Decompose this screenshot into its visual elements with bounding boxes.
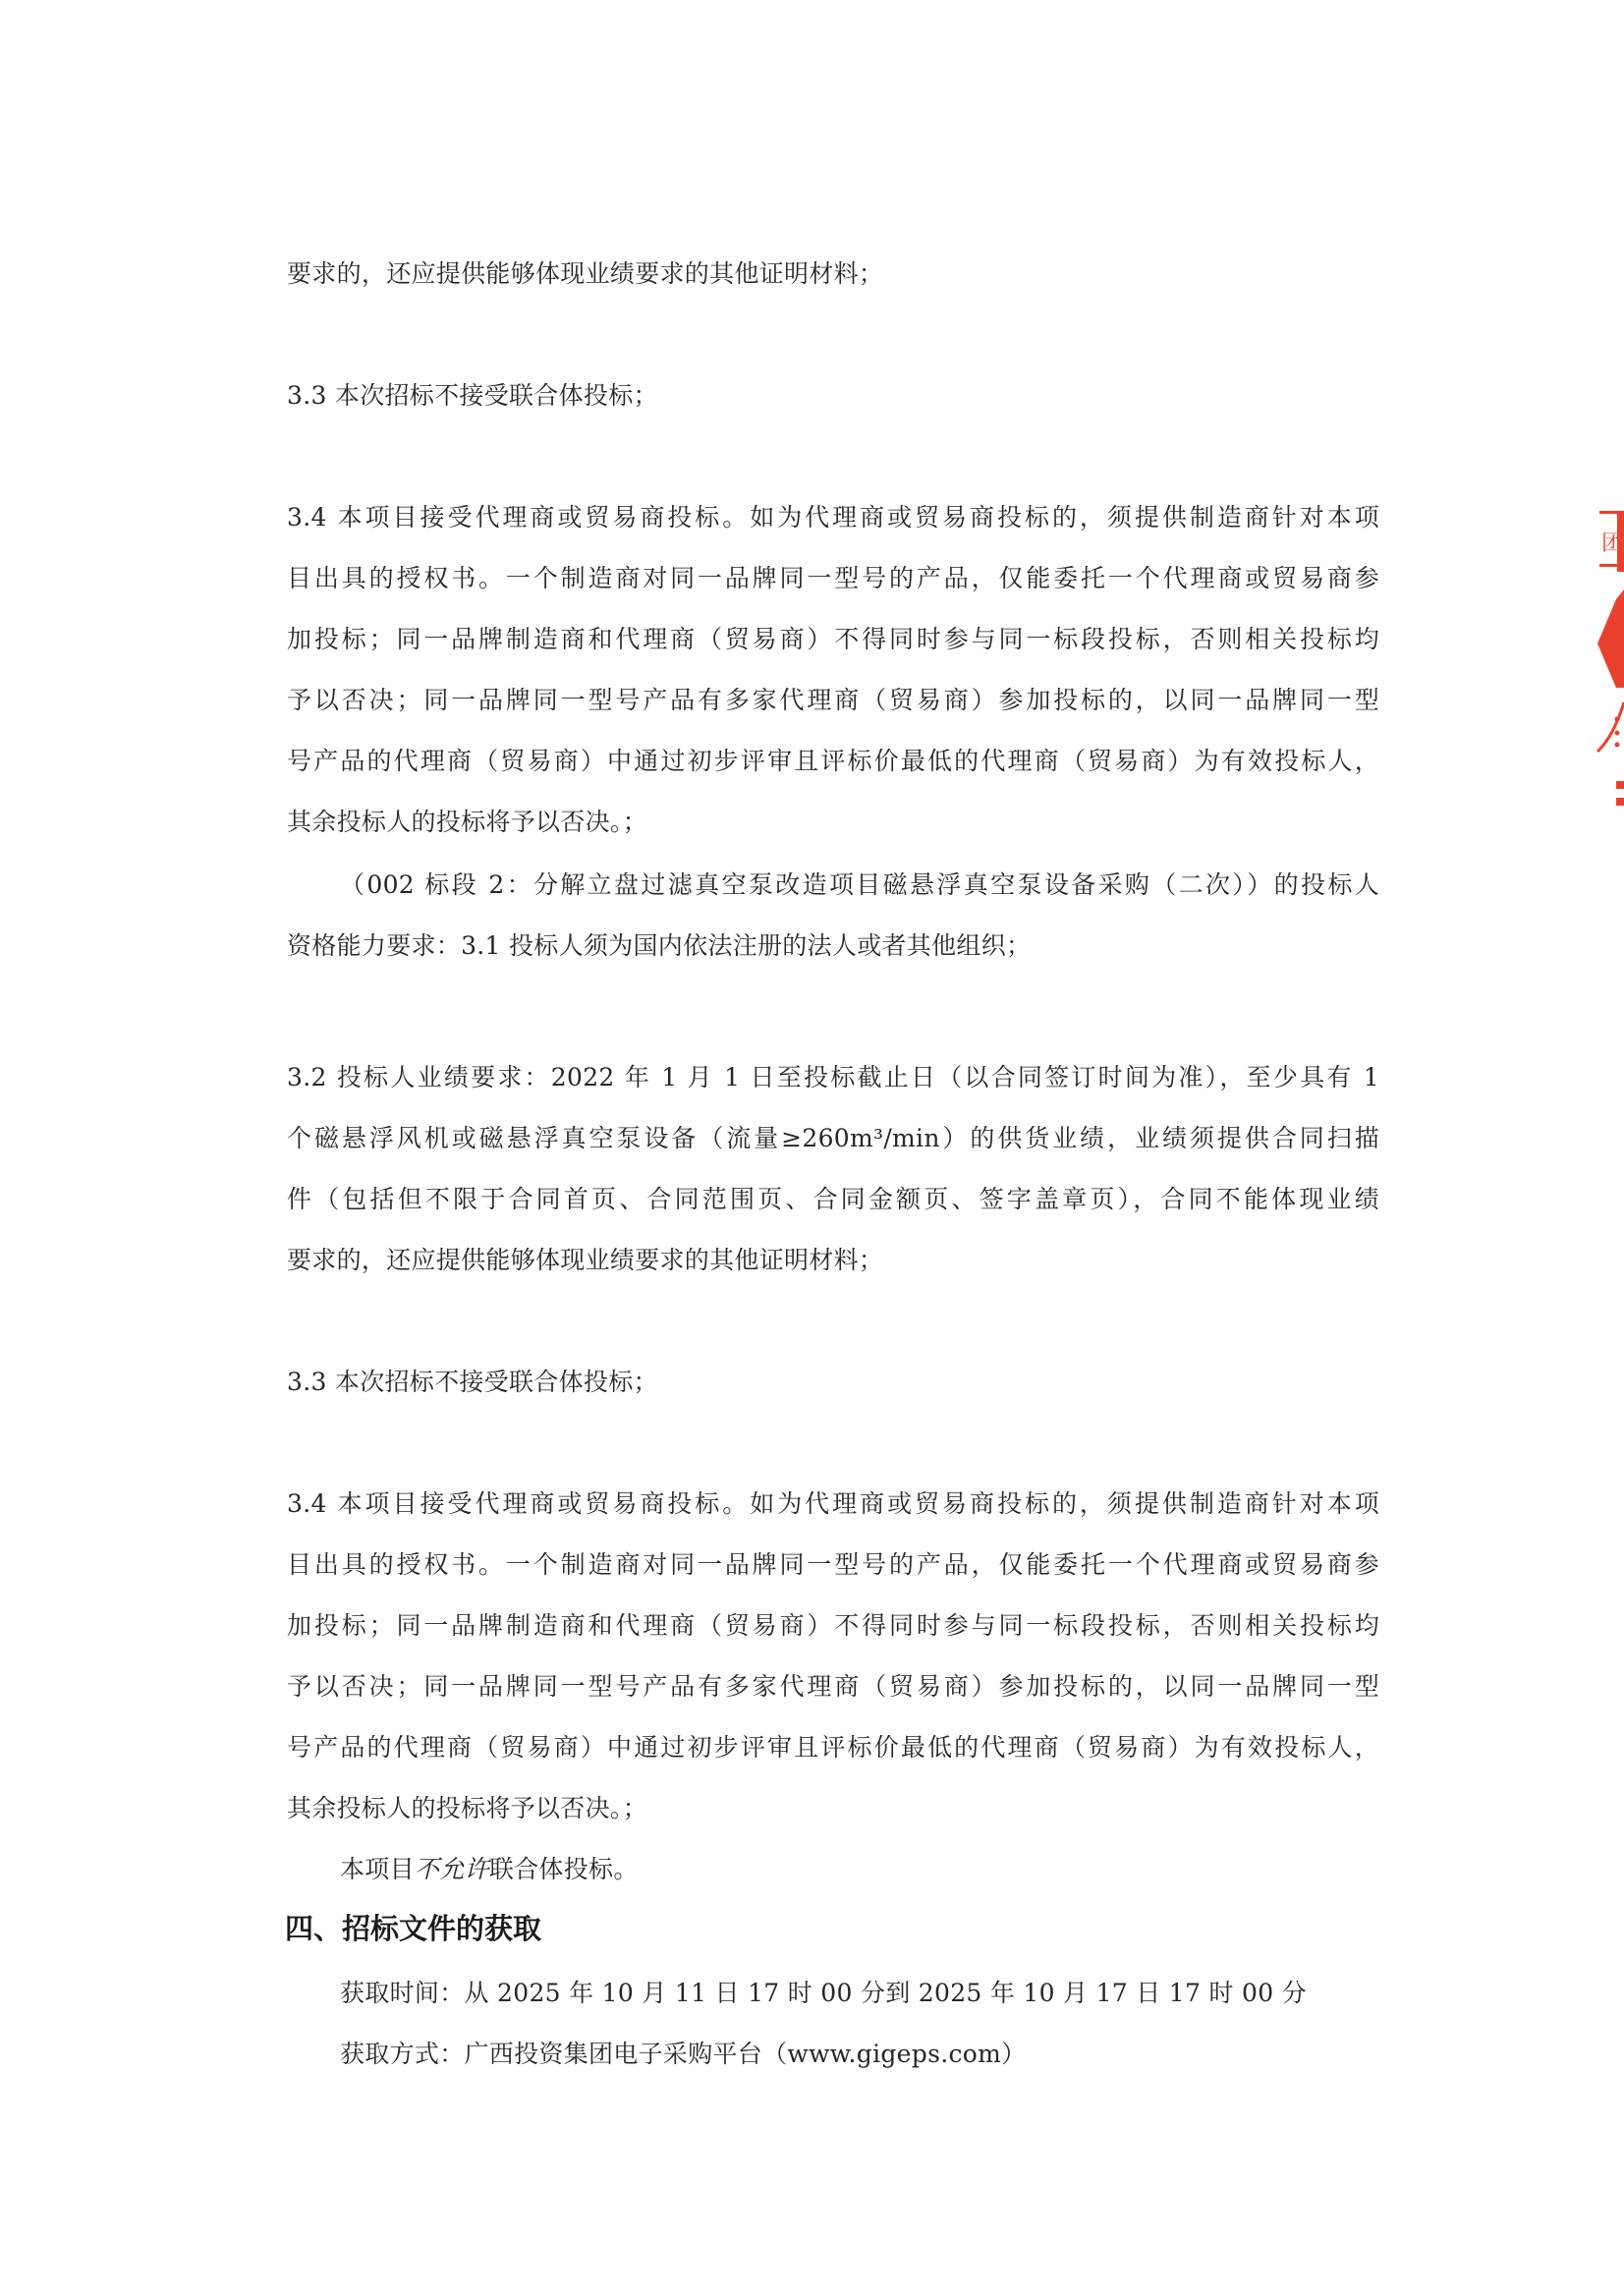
lot2-intro-line-1: （002 标段 2：分解立盘过滤真空泵改造项目磁悬浮真空泵设备采购（二次））的投…: [340, 868, 1379, 902]
lot2-item-3-4-line-2: 目出具的授权书。一个制造商对同一品牌同一型号的产品，仅能委托一个代理商或贸易商参: [287, 1548, 1379, 1582]
item-3-3-no-consortium: 3.3 本次招标不接受联合体投标；: [287, 379, 658, 413]
lot2-item-3-2-line-2: 个磁悬浮风机或磁悬浮真空泵设备（流量≥260m³/min）的供货业绩，业绩须提供…: [287, 1122, 1379, 1155]
item-3-4-line-3: 加投标；同一品牌制造商和代理商（贸易商）不得同时参与同一标段投标，否则相关投标均: [287, 623, 1379, 656]
consortium-note-emphasis: 不允许: [415, 1855, 489, 1883]
performance-requirement-tail: 要求的，还应提供能够体现业绩要求的其他证明材料；: [287, 257, 883, 291]
lot2-item-3-2-line-4: 要求的，还应提供能够体现业绩要求的其他证明材料；: [287, 1244, 883, 1277]
item-3-4-line-4: 予以否决；同一品牌同一型号产品有多家代理商（贸易商）参加投标的，以同一品牌同一型: [287, 684, 1379, 717]
lot2-item-3-4-line-3: 加投标；同一品牌制造商和代理商（贸易商）不得同时参与同一标段投标，否则相关投标均: [287, 1609, 1379, 1643]
item-3-4-line-1: 3.4 本项目接受代理商或贸易商投标。如为代理商或贸易商投标的，须提供制造商针对…: [287, 501, 1379, 534]
acquisition-method: 获取方式：广西投资集团电子采购平台（www.gigeps.com）: [340, 2038, 1026, 2071]
item-3-4-line-5: 号产品的代理商（贸易商）中通过初步评审且评标价最低的代理商（贸易商）为有效投标人…: [287, 745, 1379, 778]
lot2-item-3-4-line-4: 予以否决；同一品牌同一型号产品有多家代理商（贸易商）参加投标的，以同一品牌同一型: [287, 1670, 1379, 1704]
consortium-note-prefix: 本项目: [340, 1855, 415, 1883]
lot2-item-3-3: 3.3 本次招标不接受联合体投标；: [287, 1366, 658, 1399]
section-4-heading: 四、招标文件的获取: [285, 1910, 541, 1947]
consortium-note-suffix: 联合体投标。: [489, 1855, 639, 1883]
lot2-item-3-2-line-1: 3.2 投标人业绩要求：2022 年 1 月 1 日至投标截止日（以合同签订时间…: [287, 1061, 1379, 1094]
lot2-item-3-2-line-3: 件（包括但不限于合同首页、合同范围页、合同金额页、签字盖章页），合同不能体现业绩: [287, 1183, 1379, 1216]
lot2-item-3-4-line-5: 号产品的代理商（贸易商）中通过初步评审且评标价最低的代理商（贸易商）为有效投标人…: [287, 1731, 1379, 1764]
red-seal-stamp-icon: 团: [1584, 491, 1624, 815]
lot2-item-3-4-line-1: 3.4 本项目接受代理商或贸易商投标。如为代理商或贸易商投标的，须提供制造商针对…: [287, 1487, 1379, 1521]
item-3-4-line-6: 其余投标人的投标将予以否决。；: [287, 806, 647, 839]
consortium-note: 本项目不允许联合体投标。: [340, 1853, 639, 1886]
acquisition-time: 获取时间：从 2025 年 10 月 11 日 17 时 00 分到 2025 …: [340, 1977, 1307, 2010]
item-3-4-line-2: 目出具的授权书。一个制造商对同一品牌同一型号的产品，仅能委托一个代理商或贸易商参: [287, 562, 1379, 595]
lot2-item-3-4-line-6: 其余投标人的投标将予以否决。；: [287, 1792, 647, 1825]
seal-character: 团: [1601, 532, 1623, 556]
lot2-intro-line-2: 资格能力要求：3.1 投标人须为国内依法注册的法人或者其他组织；: [287, 929, 1031, 963]
